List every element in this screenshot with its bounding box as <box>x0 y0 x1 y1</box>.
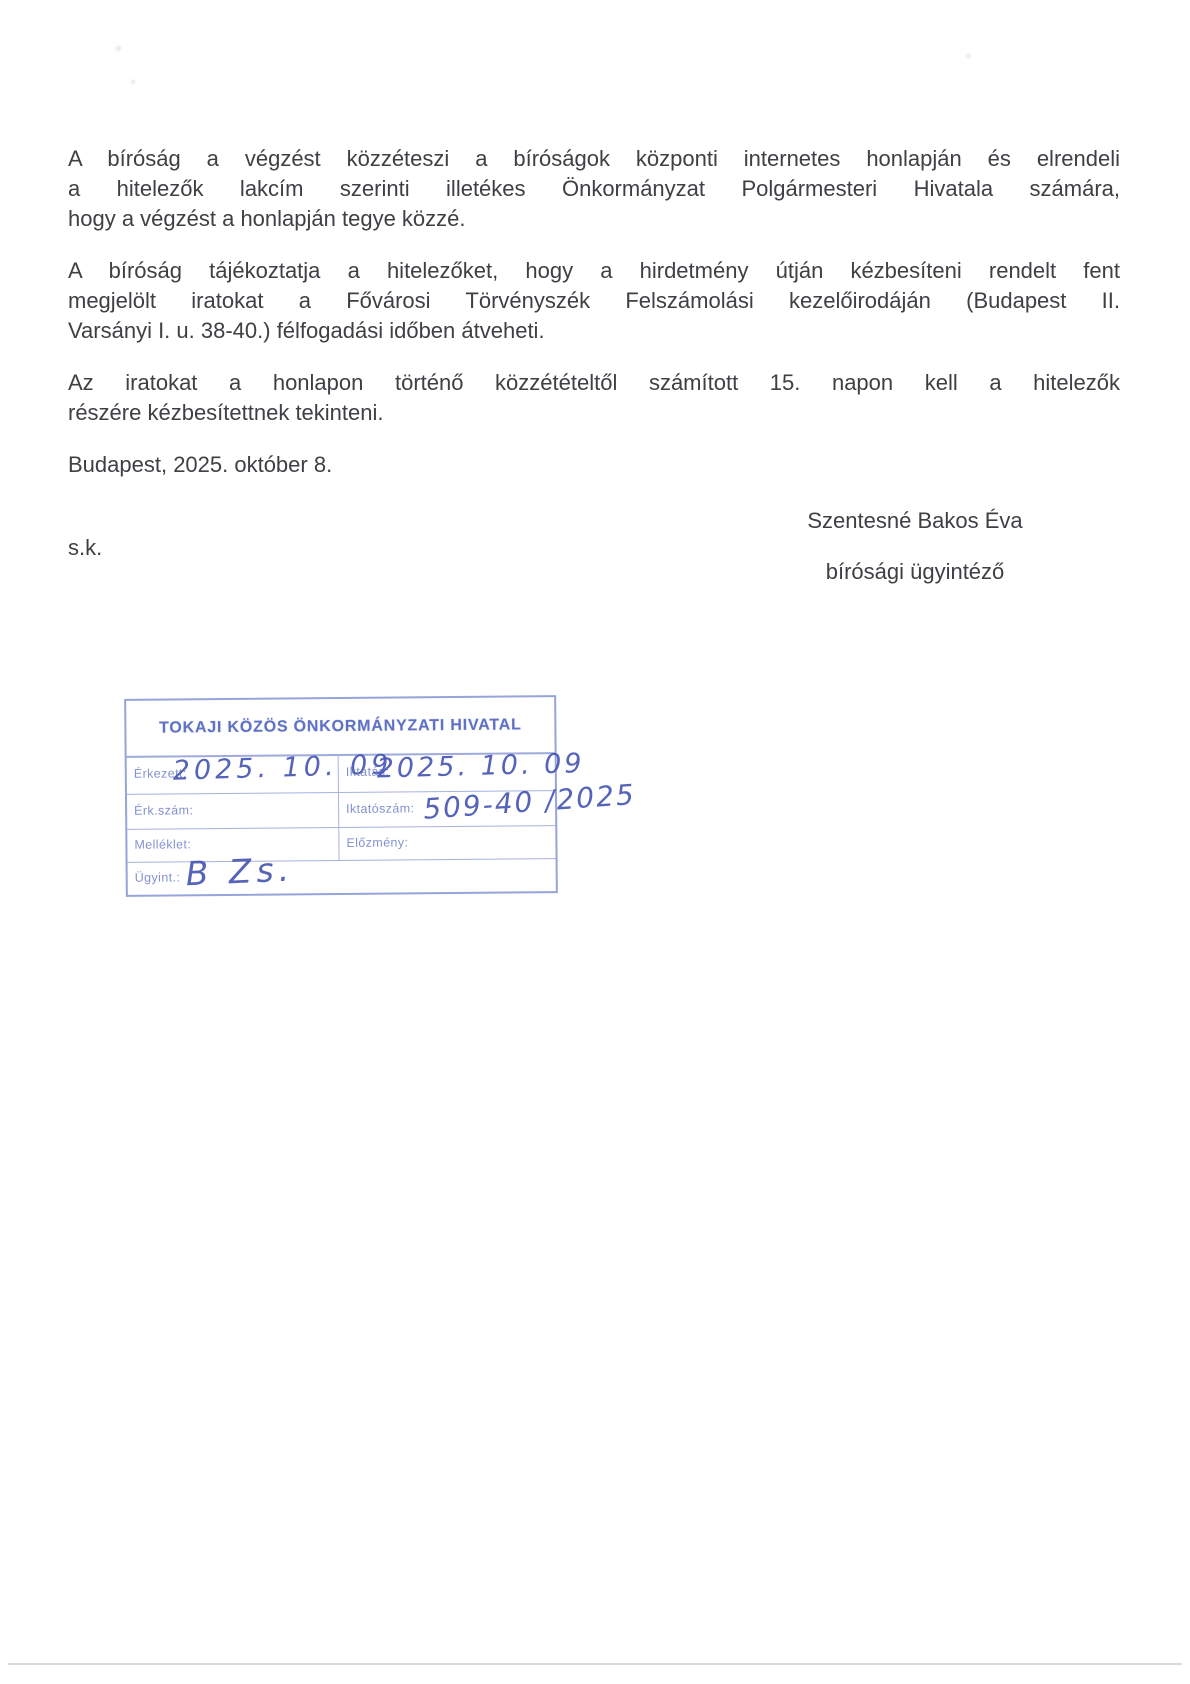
stamp-field-label: Iktatás: <box>346 765 390 779</box>
body-paragraph-publication: A bíróság a végzést közzéteszi a bíróság… <box>68 144 1120 234</box>
scan-noise-speck <box>966 54 971 58</box>
paragraph-line: részére kézbesítettnek tekinteni. <box>68 398 1120 428</box>
paragraph-line: A bíróság tájékoztatja a hitelezőket, ho… <box>68 256 1120 286</box>
paragraph-line: a hitelezők lakcím szerinti illetékes Ön… <box>68 174 1120 204</box>
paragraph-line: megjelölt iratokat a Fővárosi Törvényszé… <box>68 286 1120 316</box>
paragraph-line: Varsányi I. u. 38-40.) félfogadási időbe… <box>68 316 1120 346</box>
body-paragraph-deadline: Az iratokat a honlapon történő közzététe… <box>68 368 1120 428</box>
stamp-field-iktatas: Iktatás: 2025. 10. 09 <box>339 754 555 792</box>
sk-label: s.k. <box>68 535 102 561</box>
signature-block: Szentesné Bakos Éva bírósági ügyintéző <box>770 508 1060 585</box>
stamp-field-elozmeny: Előzmény: <box>339 826 555 860</box>
stamp-field-melleklet: Melléklet: <box>127 828 339 862</box>
document-body: A bíróság a végzést közzéteszi a bíróság… <box>68 144 1120 480</box>
stamp-field-erkszam: Érk.szám: <box>127 793 339 829</box>
stamp-field-ugyint: Ügyint.: B Zs. <box>128 859 556 897</box>
stamp-office-name: TOKAJI KÖZÖS ÖNKORMÁNYZATI HIVATAL <box>126 697 554 758</box>
scan-edge-line <box>8 1663 1182 1665</box>
stamp-row-numbers: Érk.szám: Iktatószám: 509-40 /2025 <box>127 791 555 830</box>
stamp-field-label: Iktatószám: <box>346 801 414 816</box>
arrival-stamp: TOKAJI KÖZÖS ÖNKORMÁNYZATI HIVATAL Érkez… <box>124 695 558 897</box>
stamp-field-label: Melléklet: <box>134 837 191 851</box>
stamp-row-clerk: Ügyint.: B Zs. <box>128 859 556 897</box>
stamp-field-label: Ügyint.: <box>135 870 181 884</box>
signature-title: bírósági ügyintéző <box>770 559 1060 585</box>
stamp-row-received: Érkezett: 2025. 10. 09 Iktatás: 2025. 10… <box>127 754 555 795</box>
paragraph-line: hogy a végzést a honlapján tegye közzé. <box>68 204 1120 234</box>
stamp-field-label: Előzmény: <box>346 835 408 850</box>
scan-noise-speck <box>116 46 121 51</box>
scan-noise-speck <box>131 80 135 84</box>
paragraph-line: A bíróság a végzést közzéteszi a bíróság… <box>68 144 1120 174</box>
stamp-row-attachments: Melléklet: Előzmény: <box>127 826 555 863</box>
stamp-field-iktatoszam: Iktatószám: 509-40 /2025 <box>339 791 555 827</box>
stamp-field-label: Érk.szám: <box>134 803 193 818</box>
signature-name: Szentesné Bakos Éva <box>770 508 1060 534</box>
dateline: Budapest, 2025. október 8. <box>68 450 1120 480</box>
scanned-document-page: A bíróság a végzést közzéteszi a bíróság… <box>0 0 1190 1684</box>
paragraph-line: Az iratokat a honlapon történő közzététe… <box>68 368 1120 398</box>
body-paragraph-notification: A bíróság tájékoztatja a hitelezőket, ho… <box>68 256 1120 346</box>
stamp-field-label: Érkezett: <box>134 766 187 780</box>
stamp-field-erkezett: Érkezett: 2025. 10. 09 <box>127 756 339 794</box>
